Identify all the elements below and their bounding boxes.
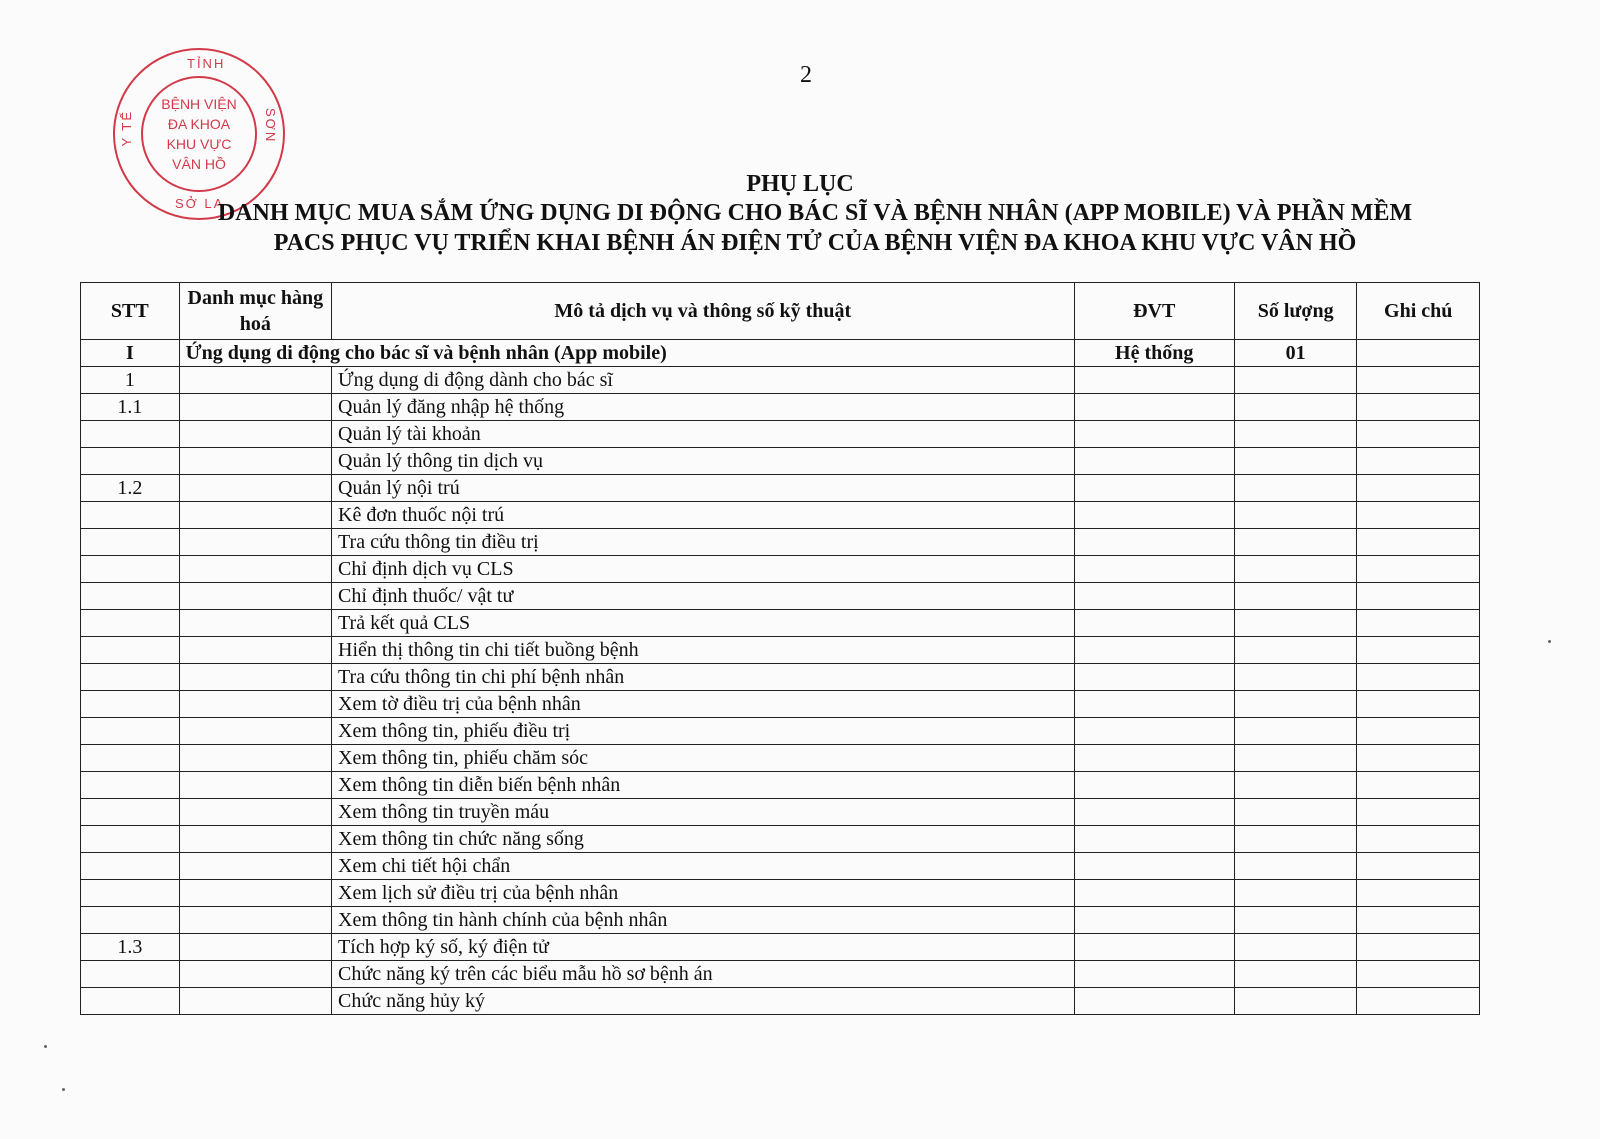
row-unit	[1074, 934, 1234, 961]
row-description: Quản lý thông tin dịch vụ	[332, 448, 1074, 475]
table-row: Xem thông tin hành chính của bệnh nhân	[81, 907, 1480, 934]
row-description: Tra cứu thông tin điều trị	[332, 529, 1074, 556]
row-unit	[1074, 421, 1234, 448]
row-note	[1357, 637, 1480, 664]
table-row: Xem thông tin truyền máu	[81, 799, 1480, 826]
row-quantity	[1234, 529, 1357, 556]
row-description: Xem thông tin, phiếu chăm sóc	[332, 745, 1074, 772]
row-note	[1357, 448, 1480, 475]
row-stt: 1	[81, 367, 180, 394]
row-description: Xem lịch sử điều trị của bệnh nhân	[332, 880, 1074, 907]
row-unit	[1074, 583, 1234, 610]
row-quantity	[1234, 988, 1357, 1015]
row-note	[1357, 772, 1480, 799]
row-unit	[1074, 826, 1234, 853]
row-description: Xem thông tin chức năng sống	[332, 826, 1074, 853]
row-unit	[1074, 502, 1234, 529]
row-stt	[81, 880, 180, 907]
row-category	[179, 799, 331, 826]
row-description: Xem chi tiết hội chẩn	[332, 853, 1074, 880]
row-description: Xem thông tin diễn biến bệnh nhân	[332, 772, 1074, 799]
row-description: Hiển thị thông tin chi tiết buồng bệnh	[332, 637, 1074, 664]
row-quantity	[1234, 745, 1357, 772]
row-stt	[81, 664, 180, 691]
row-unit	[1074, 745, 1234, 772]
row-unit	[1074, 637, 1234, 664]
header-unit: ĐVT	[1074, 283, 1234, 340]
row-note	[1357, 421, 1480, 448]
row-note	[1357, 664, 1480, 691]
row-note	[1357, 907, 1480, 934]
row-stt	[81, 529, 180, 556]
row-unit	[1074, 556, 1234, 583]
table-row: Hiển thị thông tin chi tiết buồng bệnh	[81, 637, 1480, 664]
table-row: Xem thông tin, phiếu điều trị	[81, 718, 1480, 745]
row-quantity	[1234, 583, 1357, 610]
row-category	[179, 826, 331, 853]
row-quantity	[1234, 772, 1357, 799]
row-unit	[1074, 529, 1234, 556]
row-stt	[81, 448, 180, 475]
row-quantity	[1234, 637, 1357, 664]
row-stt	[81, 718, 180, 745]
row-category	[179, 691, 331, 718]
row-category	[179, 772, 331, 799]
section-stt: I	[81, 340, 180, 367]
row-description: Tích hợp ký số, ký điện tử	[332, 934, 1074, 961]
table-row: Tra cứu thông tin điều trị	[81, 529, 1480, 556]
row-stt	[81, 556, 180, 583]
row-stt	[81, 961, 180, 988]
stamp-ring-left: Y TẾ	[119, 110, 134, 146]
row-category	[179, 475, 331, 502]
row-category	[179, 664, 331, 691]
scan-speck	[62, 1088, 65, 1091]
title-line-1: DANH MỤC MUA SẮM ỨNG DỤNG DI ĐỘNG CHO BÁ…	[0, 198, 1600, 228]
row-quantity	[1234, 502, 1357, 529]
row-unit	[1074, 691, 1234, 718]
procurement-table: STT Danh mục hàng hoá Mô tả dịch vụ và t…	[80, 282, 1480, 1015]
row-stt	[81, 988, 180, 1015]
row-quantity	[1234, 961, 1357, 988]
row-description: Quản lý đăng nhập hệ thống	[332, 394, 1074, 421]
table-row: Chỉ định dịch vụ CLS	[81, 556, 1480, 583]
row-description: Xem thông tin truyền máu	[332, 799, 1074, 826]
row-description: Chức năng ký trên các biểu mẫu hồ sơ bện…	[332, 961, 1074, 988]
row-stt: 1.3	[81, 934, 180, 961]
row-note	[1357, 961, 1480, 988]
row-category	[179, 745, 331, 772]
header-description: Mô tả dịch vụ và thông số kỹ thuật	[332, 283, 1074, 340]
row-description: Quản lý tài khoản	[332, 421, 1074, 448]
row-category	[179, 934, 331, 961]
row-quantity	[1234, 610, 1357, 637]
row-note	[1357, 853, 1480, 880]
row-note	[1357, 367, 1480, 394]
row-quantity	[1234, 907, 1357, 934]
page-number: 2	[800, 62, 812, 89]
table-row: 1.2Quản lý nội trú	[81, 475, 1480, 502]
row-stt	[81, 637, 180, 664]
row-stt	[81, 799, 180, 826]
row-unit	[1074, 880, 1234, 907]
row-description: Tra cứu thông tin chi phí bệnh nhân	[332, 664, 1074, 691]
row-quantity	[1234, 718, 1357, 745]
row-note	[1357, 799, 1480, 826]
scan-speck	[44, 1045, 47, 1048]
section-unit: Hệ thống	[1074, 340, 1234, 367]
stamp-ring-top: TỈNH	[187, 56, 225, 71]
row-category	[179, 394, 331, 421]
row-note	[1357, 745, 1480, 772]
row-note	[1357, 988, 1480, 1015]
row-note	[1357, 583, 1480, 610]
table-row: Xem thông tin, phiếu chăm sóc	[81, 745, 1480, 772]
table-row: Tra cứu thông tin chi phí bệnh nhân	[81, 664, 1480, 691]
row-description: Ứng dụng di động dành cho bác sĩ	[332, 367, 1074, 394]
table-row: Chỉ định thuốc/ vật tư	[81, 583, 1480, 610]
row-quantity	[1234, 475, 1357, 502]
row-quantity	[1234, 853, 1357, 880]
table-row: 1.1Quản lý đăng nhập hệ thống	[81, 394, 1480, 421]
row-stt	[81, 502, 180, 529]
row-category	[179, 583, 331, 610]
row-stt	[81, 826, 180, 853]
row-note	[1357, 691, 1480, 718]
row-description: Chỉ định dịch vụ CLS	[332, 556, 1074, 583]
row-category	[179, 853, 331, 880]
row-unit	[1074, 718, 1234, 745]
table-row: Xem chi tiết hội chẩn	[81, 853, 1480, 880]
row-category	[179, 448, 331, 475]
table-header-row: STT Danh mục hàng hoá Mô tả dịch vụ và t…	[81, 283, 1480, 340]
row-category	[179, 961, 331, 988]
row-category	[179, 880, 331, 907]
row-note	[1357, 826, 1480, 853]
table-row: 1.3Tích hợp ký số, ký điện tử	[81, 934, 1480, 961]
row-stt: 1.1	[81, 394, 180, 421]
document-title: PHỤ LỤC DANH MỤC MUA SẮM ỨNG DỤNG DI ĐỘN…	[0, 170, 1600, 258]
row-quantity	[1234, 880, 1357, 907]
row-unit	[1074, 367, 1234, 394]
stamp-line: BỆNH VIỆN	[161, 94, 236, 114]
row-quantity	[1234, 826, 1357, 853]
scan-speck	[1548, 640, 1551, 643]
row-stt	[81, 772, 180, 799]
row-category	[179, 556, 331, 583]
row-stt: 1.2	[81, 475, 180, 502]
row-note	[1357, 880, 1480, 907]
row-category	[179, 367, 331, 394]
row-category	[179, 610, 331, 637]
row-quantity	[1234, 421, 1357, 448]
row-quantity	[1234, 367, 1357, 394]
row-quantity	[1234, 934, 1357, 961]
row-category	[179, 637, 331, 664]
row-note	[1357, 502, 1480, 529]
table-row: Kê đơn thuốc nội trú	[81, 502, 1480, 529]
section-title: Ứng dụng di động cho bác sĩ và bệnh nhân…	[179, 340, 1074, 367]
row-description: Trả kết quả CLS	[332, 610, 1074, 637]
stamp-line: ĐA KHOA	[168, 114, 230, 134]
row-unit	[1074, 907, 1234, 934]
row-stt	[81, 691, 180, 718]
row-category	[179, 502, 331, 529]
row-quantity	[1234, 799, 1357, 826]
row-description: Chỉ định thuốc/ vật tư	[332, 583, 1074, 610]
row-description: Xem thông tin, phiếu điều trị	[332, 718, 1074, 745]
header-note: Ghi chú	[1357, 283, 1480, 340]
row-unit	[1074, 772, 1234, 799]
section-quantity: 01	[1234, 340, 1357, 367]
row-unit	[1074, 853, 1234, 880]
row-description: Kê đơn thuốc nội trú	[332, 502, 1074, 529]
row-note	[1357, 610, 1480, 637]
row-note	[1357, 475, 1480, 502]
table-row: Xem lịch sử điều trị của bệnh nhân	[81, 880, 1480, 907]
row-unit	[1074, 610, 1234, 637]
row-note	[1357, 529, 1480, 556]
row-description: Xem tờ điều trị của bệnh nhân	[332, 691, 1074, 718]
row-unit	[1074, 475, 1234, 502]
row-stt	[81, 583, 180, 610]
row-stt	[81, 853, 180, 880]
row-unit	[1074, 664, 1234, 691]
table-row: Xem thông tin chức năng sống	[81, 826, 1480, 853]
table-row: Chức năng hủy ký	[81, 988, 1480, 1015]
row-category	[179, 421, 331, 448]
stamp-ring-right: SƠN	[263, 108, 278, 143]
header-category: Danh mục hàng hoá	[179, 283, 331, 340]
row-unit	[1074, 394, 1234, 421]
row-category	[179, 529, 331, 556]
row-description: Quản lý nội trú	[332, 475, 1074, 502]
table-row: Xem thông tin diễn biến bệnh nhân	[81, 772, 1480, 799]
table-row: Quản lý thông tin dịch vụ	[81, 448, 1480, 475]
row-note	[1357, 394, 1480, 421]
row-quantity	[1234, 664, 1357, 691]
row-category	[179, 718, 331, 745]
row-unit	[1074, 961, 1234, 988]
section-note	[1357, 340, 1480, 367]
row-note	[1357, 556, 1480, 583]
stamp-line: KHU VỰC	[167, 134, 232, 154]
row-unit	[1074, 799, 1234, 826]
table-row: 1Ứng dụng di động dành cho bác sĩ	[81, 367, 1480, 394]
row-note	[1357, 934, 1480, 961]
row-description: Xem thông tin hành chính của bệnh nhân	[332, 907, 1074, 934]
row-category	[179, 988, 331, 1015]
header-quantity: Số lượng	[1234, 283, 1357, 340]
table-row: Quản lý tài khoản	[81, 421, 1480, 448]
row-quantity	[1234, 556, 1357, 583]
row-stt	[81, 745, 180, 772]
table-row: Trả kết quả CLS	[81, 610, 1480, 637]
section-row: I Ứng dụng di động cho bác sĩ và bệnh nh…	[81, 340, 1480, 367]
row-unit	[1074, 988, 1234, 1015]
row-quantity	[1234, 691, 1357, 718]
row-unit	[1074, 448, 1234, 475]
row-stt	[81, 907, 180, 934]
table-row: Chức năng ký trên các biểu mẫu hồ sơ bện…	[81, 961, 1480, 988]
appendix-heading: PHỤ LỤC	[0, 170, 1600, 198]
row-stt	[81, 610, 180, 637]
title-line-2: PACS PHỤC VỤ TRIỂN KHAI BỆNH ÁN ĐIỆN TỬ …	[0, 228, 1600, 258]
row-description: Chức năng hủy ký	[332, 988, 1074, 1015]
row-category	[179, 907, 331, 934]
header-stt: STT	[81, 283, 180, 340]
row-quantity	[1234, 394, 1357, 421]
row-stt	[81, 421, 180, 448]
row-quantity	[1234, 448, 1357, 475]
table-row: Xem tờ điều trị của bệnh nhân	[81, 691, 1480, 718]
row-note	[1357, 718, 1480, 745]
